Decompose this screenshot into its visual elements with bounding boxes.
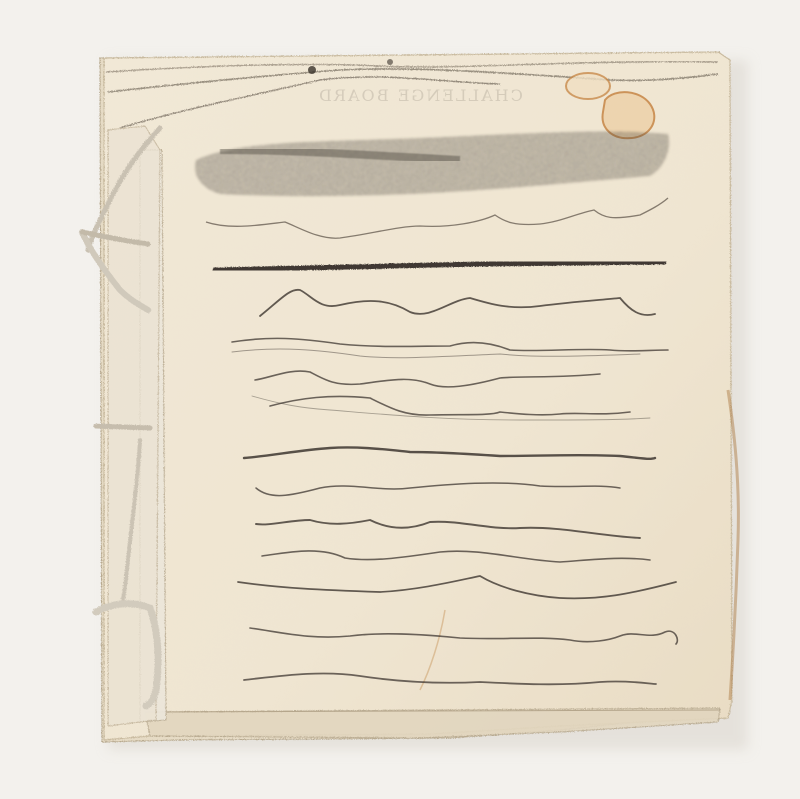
ink-spot bbox=[387, 59, 393, 65]
ink-spot bbox=[308, 66, 316, 74]
photo-stage: CHALLENGE BOARD bbox=[0, 0, 800, 799]
showthrough-text: CHALLENGE BOARD bbox=[290, 86, 550, 105]
booklet-photo bbox=[0, 0, 800, 799]
